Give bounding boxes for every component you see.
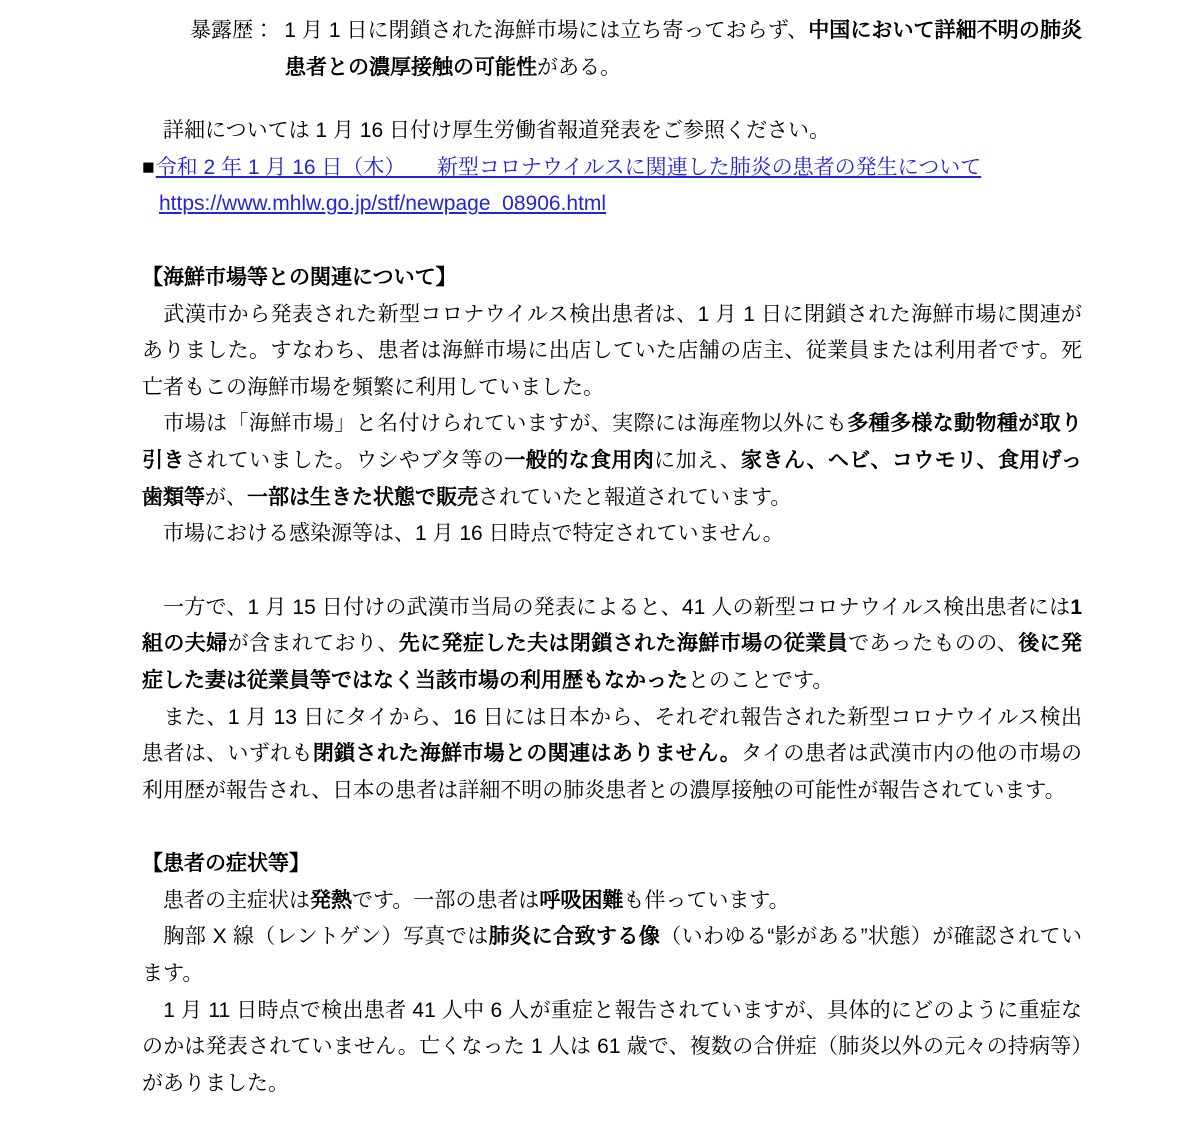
press-release-url-link[interactable]: https://www.mhlw.go.jp/stf/newpage_08906…: [159, 192, 606, 215]
exposure-text-pre: 1 月 1 日に閉鎖された海鮮市場には立ち寄っておらず、: [284, 19, 808, 42]
market-p2-run: が、: [205, 486, 247, 509]
symptoms-p2-run: 胸部 X 線（レントゲン）写真では: [142, 925, 489, 948]
market-paragraph-3: 市場における感染源等は、1 月 16 日時点で特定されていません。: [142, 516, 1082, 553]
square-bullet-icon: ■: [142, 156, 155, 179]
market-p2-run: されていました。ウシやブタ等の: [185, 449, 505, 472]
market-paragraph-4: 一方で、1 月 15 日付けの武漢市当局の発表によると、41 人の新型コロナウイ…: [142, 590, 1082, 700]
market-p4-bold: 先に発症した夫は閉鎖された海鮮市場の従業員: [399, 632, 848, 655]
symptoms-p1-run: も伴っています。: [623, 889, 789, 912]
symptoms-p2-bold: 肺炎に合致する像: [489, 925, 661, 948]
section-heading-symptoms: 【患者の症状等】: [142, 846, 1082, 883]
symptoms-paragraph-2: 胸部 X 線（レントゲン）写真では肺炎に合致する像（いわゆる“影がある”状態）が…: [142, 919, 1082, 992]
reference-note: 詳細については 1 月 16 日付け厚生労働省報道発表をご参照ください。: [142, 113, 1082, 150]
market-paragraph-2: 市場は「海鮮市場」と名付けられていますが、実際には海産物以外にも多種多様な動物種…: [142, 406, 1082, 516]
section-heading-market: 【海鮮市場等との関連について】: [142, 260, 1082, 297]
market-p4-run: 一方で、1 月 15 日付けの武漢市当局の発表によると、41 人の新型コロナウイ…: [142, 596, 1070, 619]
symptoms-p1-run: です。一部の患者は: [352, 889, 539, 912]
symptoms-paragraph-1: 患者の主症状は発熱です。一部の患者は呼吸困難も伴っています。: [142, 883, 1082, 920]
press-release-line: ■令和 2 年 1 月 16 日（木） 新型コロナウイルスに関連した肺炎の患者の…: [142, 150, 1082, 187]
market-p2-run: されていたと報道されています。: [478, 486, 791, 509]
document-page: 暴露歴：1 月 1 日に閉鎖された海鮮市場には立ち寄っておらず、中国において詳細…: [0, 0, 1200, 1102]
exposure-text-post: がある。: [537, 56, 621, 79]
symptoms-p1-run: 患者の主症状は: [142, 889, 310, 912]
market-p4-run: とのことです。: [688, 669, 833, 692]
market-p4-run: であったものの、: [848, 632, 1018, 655]
market-paragraph-5: また、1 月 13 日にタイから、16 日には日本から、それぞれ報告された新型コ…: [142, 700, 1082, 810]
symptoms-paragraph-3: 1 月 11 日時点で検出患者 41 人中 6 人が重症と報告されていますが、具…: [142, 993, 1082, 1103]
press-release-url-line: https://www.mhlw.go.jp/stf/newpage_08906…: [142, 186, 1082, 223]
market-p2-run: 市場は「海鮮市場」と名付けられていますが、実際には海産物以外にも: [142, 412, 847, 435]
exposure-label: 暴露歴：: [190, 19, 274, 42]
market-p2-run: に加え、: [654, 449, 741, 472]
symptoms-p1-bold: 発熱: [310, 889, 352, 912]
market-p2-bold: 一部は生きた状態で販売: [247, 486, 478, 509]
market-paragraph-1: 武漢市から発表された新型コロナウイルス検出患者は、1 月 1 日に閉鎖された海鮮…: [142, 297, 1082, 407]
market-p2-bold: 一般的な食用肉: [504, 449, 654, 472]
market-p4-run: が含まれており、: [228, 632, 399, 655]
exposure-history-item: 暴露歴：1 月 1 日に閉鎖された海鮮市場には立ち寄っておらず、中国において詳細…: [142, 13, 1082, 86]
press-release-link[interactable]: 令和 2 年 1 月 16 日（木） 新型コロナウイルスに関連した肺炎の患者の発…: [156, 156, 982, 179]
market-p5-bold: 閉鎖された海鮮市場との関連はありません。: [313, 742, 741, 765]
symptoms-p1-bold: 呼吸困難: [539, 889, 623, 912]
